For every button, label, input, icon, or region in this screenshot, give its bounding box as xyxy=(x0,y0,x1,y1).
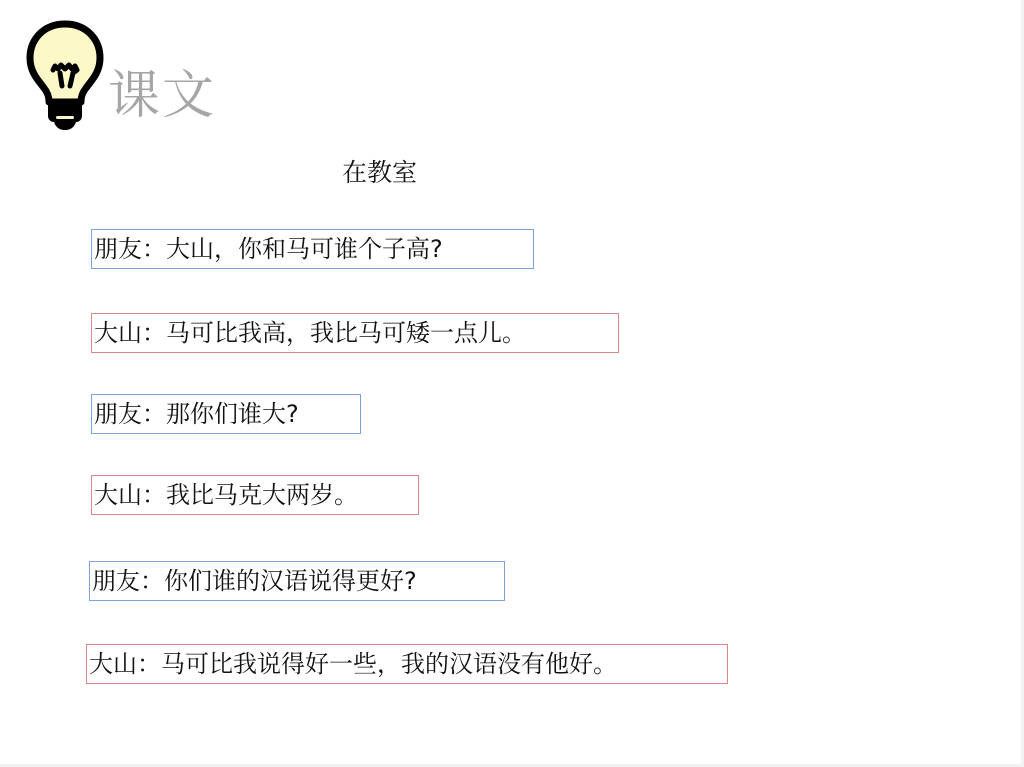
page-title: 课文 xyxy=(108,70,216,122)
dialogue-line-friend: 朋友：大山，你和马可谁个子高? xyxy=(91,229,534,269)
dialogue-line-dashan: 大山：我比马克大两岁。 xyxy=(91,475,419,515)
lightbulb-icon xyxy=(26,20,104,132)
lesson-subtitle: 在教室 xyxy=(342,160,417,185)
dialogue-line-dashan: 大山：马可比我说得好一些，我的汉语没有他好。 xyxy=(86,644,728,684)
dialogue-line-dashan: 大山：马可比我高，我比马可矮一点儿。 xyxy=(91,313,619,353)
dialogue-line-friend: 朋友：那你们谁大? xyxy=(91,394,361,434)
dialogue-line-friend: 朋友：你们谁的汉语说得更好? xyxy=(89,561,505,601)
